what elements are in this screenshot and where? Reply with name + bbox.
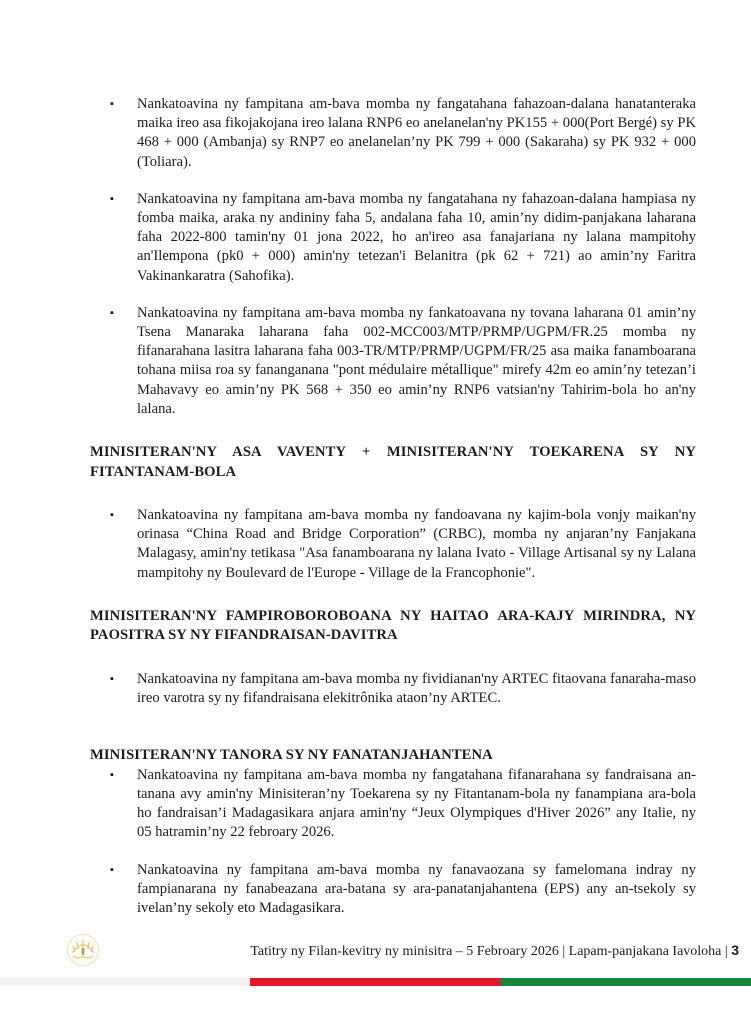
bullet-icon: ▪ [110,95,114,114]
list-item: ▪ Nankatoavina ny fampitana am-bava momb… [90,766,696,843]
section-heading: MINISITERAN'NY TANORA SY NY FANATANJAHAN… [90,746,696,766]
list-item-text: Nankatoavina ny fampitana am-bava momba … [137,304,696,419]
page-number: 3 [731,942,739,958]
footer-caption: Tatitry ny Filan-kevitry ny minisitra – … [250,941,739,961]
section-heading: MINISITERAN'NY FAMPIROBOROBOANA NY HAITA… [90,607,696,646]
list-item: ▪ Nankatoavina ny fampitana am-bava momb… [90,670,696,708]
page-content: ▪ Nankatoavina ny fampitana am-bava momb… [90,95,696,918]
list-item: ▪ Nankatoavina ny fampitana am-bava momb… [90,190,696,286]
list-item-text: Nankatoavina ny fampitana am-bava momba … [137,190,696,286]
list-item-text: Nankatoavina ny fampitana am-bava momba … [137,95,696,172]
list-item: ▪ Nankatoavina ny fampitana am-bava momb… [90,506,696,583]
footer-stripe-gray [0,978,250,986]
bullet-icon: ▪ [110,670,114,689]
list-item: ▪ Nankatoavina ny fampitana am-bava momb… [90,861,696,919]
footer-text: Tatitry ny Filan-kevitry ny minisitra – … [250,944,731,959]
bullet-icon: ▪ [110,506,114,525]
list-item-text: Nankatoavina ny fampitana am-bava momba … [137,670,696,708]
list-item-text: Nankatoavina ny fampitana am-bava momba … [137,506,696,583]
page-footer: Tatitry ny Filan-kevitry ny minisitra – … [0,925,751,985]
list-item: ▪ Nankatoavina ny fampitana am-bava momb… [90,95,696,172]
list-item-text: Nankatoavina ny fampitana am-bava momba … [137,766,696,843]
bullet-icon: ▪ [110,190,114,209]
section-heading: MINISITERAN'NY ASA VAVENTY + MINISITERAN… [90,443,696,482]
presidency-seal-logo-icon [66,933,100,967]
bullet-icon: ▪ [110,766,114,785]
bullet-icon: ▪ [110,861,114,880]
document-page: ▪ Nankatoavina ny fampitana am-bava momb… [0,0,751,1024]
footer-stripe-green [501,978,751,986]
footer-stripe-red [250,978,501,986]
list-item: ▪ Nankatoavina ny fampitana am-bava momb… [90,304,696,419]
list-item-text: Nankatoavina ny fampitana am-bava momba … [137,861,696,919]
bullet-icon: ▪ [110,304,114,323]
